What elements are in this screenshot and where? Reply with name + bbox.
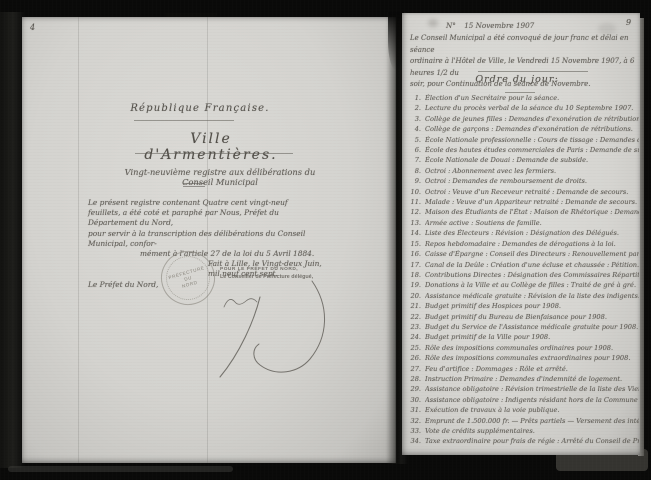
agenda-item: 34. Taxe extraordinaire pour frais de ré…	[407, 436, 639, 446]
agenda-item: 29. Assistance obligatoire : Révision tr…	[407, 384, 639, 394]
agenda-item-number: 10.	[407, 187, 421, 197]
agenda-item-text: Budget primitif du Bureau de Bienfaisanc…	[425, 312, 639, 322]
agenda-item-text: Octroi : Veuve d'un Receveur retraité : …	[425, 187, 639, 197]
agenda-item-number: 6.	[407, 145, 421, 155]
agenda-item: 6. École des hautes études commerciales …	[407, 145, 639, 155]
agenda-item-text: Feu d'artifice : Dommages : Rôle et arrê…	[425, 364, 639, 374]
agenda-item: 16. Caisse d'Épargne : Conseil des Direc…	[407, 249, 639, 259]
certification-line: mément à l'article 27 de la loi du 5 Avr…	[88, 249, 330, 259]
agenda-item-text: Élection d'un Secrétaire pour la séance.	[425, 93, 639, 103]
ordre-du-jour-title: Ordre du jour:	[447, 74, 587, 85]
section-rule	[478, 71, 588, 72]
agenda-item: 25. Rôle des impositions communales ordi…	[407, 343, 639, 353]
agenda-item-text: École Nationale professionnelle : Cours …	[425, 135, 639, 145]
agenda-item-number: 21.	[407, 301, 421, 311]
agenda-item: 5. École Nationale professionnelle : Cou…	[407, 135, 639, 145]
agenda-item-text: Caisse d'Épargne : Conseil des Directeur…	[425, 249, 639, 259]
agenda-item-number: 22.	[407, 312, 421, 322]
agenda-item: 7. École Nationale de Douai : Demande de…	[407, 155, 639, 165]
agenda-item-number: 16.	[407, 249, 421, 259]
prefet-signature	[190, 273, 340, 385]
agenda-item-text: Taxe extraordinaire pour frais de régie …	[425, 436, 639, 446]
agenda-item-number: 13.	[407, 218, 421, 228]
printed-pour-le-prefet: POUR LE PRÉFET DU NORD,	[220, 267, 330, 272]
heading-ville: Ville d'Armentières.	[136, 131, 286, 163]
agenda-item-number: 18.	[407, 270, 421, 280]
agenda-item: 9. Octroi : Demandes de remboursement de…	[407, 176, 639, 186]
agenda-item-number: 26.	[407, 353, 421, 363]
underline	[135, 153, 293, 154]
agenda-item-number: 3.	[407, 114, 421, 124]
agenda-item-number: 29.	[407, 384, 421, 394]
agenda-item: 11. Malade : Veuve d'un Appariteur retra…	[407, 197, 639, 207]
agenda-item-text: École des hautes études commerciales de …	[425, 145, 639, 155]
agenda-item: 12. Maison des Étudiants de l'État : Mai…	[407, 207, 639, 217]
double-underline	[183, 183, 205, 187]
agenda-item: 19. Donations à la Ville et au Collège d…	[407, 280, 639, 290]
agenda-item: 20. Assistance médicale gratuite : Révis…	[407, 291, 639, 301]
book-cover-bottom-edge	[8, 466, 233, 472]
agenda-item-number: 8.	[407, 166, 421, 176]
agenda-item-text: Rôle des impositions communales ordinair…	[425, 343, 639, 353]
agenda-item-number: 11.	[407, 197, 421, 207]
agenda-item: 21. Budget primitif des Hospices pour 19…	[407, 301, 639, 311]
convocation-line: Le Conseil Municipal a été convoqué de j…	[410, 33, 638, 56]
agenda-item-number: 14.	[407, 228, 421, 238]
agenda-item: 1. Élection d'un Secrétaire pour la séan…	[407, 93, 639, 103]
register-subtitle: Vingt-neuvième registre aux délibération…	[114, 167, 326, 187]
agenda-item: 13. Armée active : Soutiens de famille.	[407, 218, 639, 228]
agenda-item-text: Budget primitif de la Ville pour 1908.	[425, 332, 639, 342]
agenda-item-number: 27.	[407, 364, 421, 374]
agenda-item-number: 20.	[407, 291, 421, 301]
agenda-item-text: Collège de garçons : Demandes d'exonérat…	[425, 124, 639, 134]
agenda-item-number: 7.	[407, 155, 421, 165]
agenda-item: 31. Exécution de travaux à la voie publi…	[407, 405, 639, 415]
heading-republique: République Française.	[130, 103, 270, 114]
agenda-item-number: 33.	[407, 426, 421, 436]
agenda-item-text: Assistance obligatoire : Révision trimes…	[425, 384, 639, 394]
agenda-item-text: Instruction Primaire : Demandes d'indemn…	[425, 374, 639, 384]
agenda-item-number: 5.	[407, 135, 421, 145]
book-cover-left-edge	[0, 12, 24, 468]
agenda-item-text: Canal de la Deûle : Création d'une éclus…	[425, 260, 639, 270]
agenda-item: 27. Feu d'artifice : Dommages : Rôle et …	[407, 364, 639, 374]
agenda-item-text: Contributions Directes : Désignation des…	[425, 270, 639, 280]
agenda-item: 32. Emprunt de 1.500.000 fr. — Prêts par…	[407, 416, 639, 426]
session-header: N° 15 Novembre 1907	[446, 21, 534, 30]
agenda-item-number: 12.	[407, 207, 421, 217]
agenda-item-text: Lecture du procès verbal de la séance du…	[425, 103, 639, 113]
agenda-item: 14. Liste des Électeurs : Révision : Dés…	[407, 228, 639, 238]
certification-line: pour servir à la transcription des délib…	[88, 229, 330, 249]
agenda-item-number: 24.	[407, 332, 421, 342]
agenda-item-number: 19.	[407, 280, 421, 290]
agenda-item-text: Malade : Veuve d'un Appariteur retraité …	[425, 197, 639, 207]
agenda-item-number: 1.	[407, 93, 421, 103]
pencil-smudge	[428, 19, 438, 27]
agenda-item: 33. Vote de crédits supplémentaires.	[407, 426, 639, 436]
agenda-item-text: Emprunt de 1.500.000 fr. — Prêts partiel…	[425, 416, 639, 426]
agenda-item-number: 32.	[407, 416, 421, 426]
agenda-item: 17. Canal de la Deûle : Création d'une é…	[407, 260, 639, 270]
agenda-item-text: Exécution de travaux à la voie publique.	[425, 405, 639, 415]
right-page: 9 N° 15 Novembre 1907 Le Conseil Municip…	[402, 13, 640, 455]
agenda-item-number: 4.	[407, 124, 421, 134]
agenda-item-text: Budget du Service de l'Assistance médica…	[425, 322, 639, 332]
agenda-item-text: Assistance médicale gratuite : Révision …	[425, 291, 639, 301]
folio-number-left: 4	[30, 23, 35, 32]
agenda-item: 2. Lecture du procès verbal de la séance…	[407, 103, 639, 113]
agenda-item-text: Maison des Étudiants de l'État : Maison …	[425, 207, 639, 217]
agenda-item-number: 9.	[407, 176, 421, 186]
left-page: 4 République Française. Ville d'Armentiè…	[22, 17, 396, 463]
scanned-register-spread: 4 République Française. Ville d'Armentiè…	[0, 0, 651, 480]
certification-line: Le présent registre contenant Quatre cen…	[88, 198, 330, 208]
agenda-item-text: Octroi : Abonnement avec les fermiers.	[425, 166, 639, 176]
agenda-item-text: Armée active : Soutiens de famille.	[425, 218, 639, 228]
agenda-item-number: 34.	[407, 436, 421, 446]
agenda-item-number: 15.	[407, 239, 421, 249]
agenda-item-text: Budget primitif des Hospices pour 1908.	[425, 301, 639, 311]
certification-line: feuillets, a été coté et paraphé par Nou…	[88, 208, 330, 228]
agenda-item-number: 25.	[407, 343, 421, 353]
agenda-item: 23. Budget du Service de l'Assistance mé…	[407, 322, 639, 332]
page-crease	[78, 17, 79, 463]
agenda-item-text: Rôle des impositions communales extraord…	[425, 353, 639, 363]
numero-label: N°	[446, 21, 456, 30]
agenda-item: 8. Octroi : Abonnement avec les fermiers…	[407, 166, 639, 176]
agenda-item: 22. Budget primitif du Bureau de Bienfai…	[407, 312, 639, 322]
agenda-item: 10. Octroi : Veuve d'un Receveur retrait…	[407, 187, 639, 197]
agenda-item: 24. Budget primitif de la Ville pour 190…	[407, 332, 639, 342]
agenda-item-number: 28.	[407, 374, 421, 384]
agenda-item-text: Repos hebdomadaire : Demandes de dérogat…	[425, 239, 639, 249]
agenda-item: 15. Repos hebdomadaire : Demandes de dér…	[407, 239, 639, 249]
agenda-list: 1. Élection d'un Secrétaire pour la séan…	[407, 93, 639, 447]
underline	[134, 120, 234, 121]
agenda-item: 26. Rôle des impositions communales extr…	[407, 353, 639, 363]
agenda-item-text: Donations à la Ville et au Collège de fi…	[425, 280, 639, 290]
agenda-item: 18. Contributions Directes : Désignation…	[407, 270, 639, 280]
agenda-item-text: Vote de crédits supplémentaires.	[425, 426, 639, 436]
agenda-item-text: Octroi : Demandes de remboursement de dr…	[425, 176, 639, 186]
agenda-item-number: 17.	[407, 260, 421, 270]
agenda-item-text: Assistance obligatoire : Indigents résid…	[425, 395, 639, 405]
agenda-item-number: 30.	[407, 395, 421, 405]
agenda-item-number: 2.	[407, 103, 421, 113]
agenda-item: 4. Collège de garçons : Demandes d'exoné…	[407, 124, 639, 134]
agenda-item-text: Liste des Électeurs : Révision : Désigna…	[425, 228, 639, 238]
agenda-item: 28. Instruction Primaire : Demandes d'in…	[407, 374, 639, 384]
agenda-item-number: 31.	[407, 405, 421, 415]
agenda-item: 30. Assistance obligatoire : Indigents r…	[407, 395, 639, 405]
session-date: 15 Novembre 1907	[464, 21, 534, 30]
agenda-item: 3. Collège de jeunes filles : Demandes d…	[407, 114, 639, 124]
agenda-item-number: 23.	[407, 322, 421, 332]
agenda-item-text: Collège de jeunes filles : Demandes d'ex…	[425, 114, 639, 124]
agenda-item-text: École Nationale de Douai : Demande de su…	[425, 155, 639, 165]
folio-number-right: 9	[626, 18, 631, 27]
